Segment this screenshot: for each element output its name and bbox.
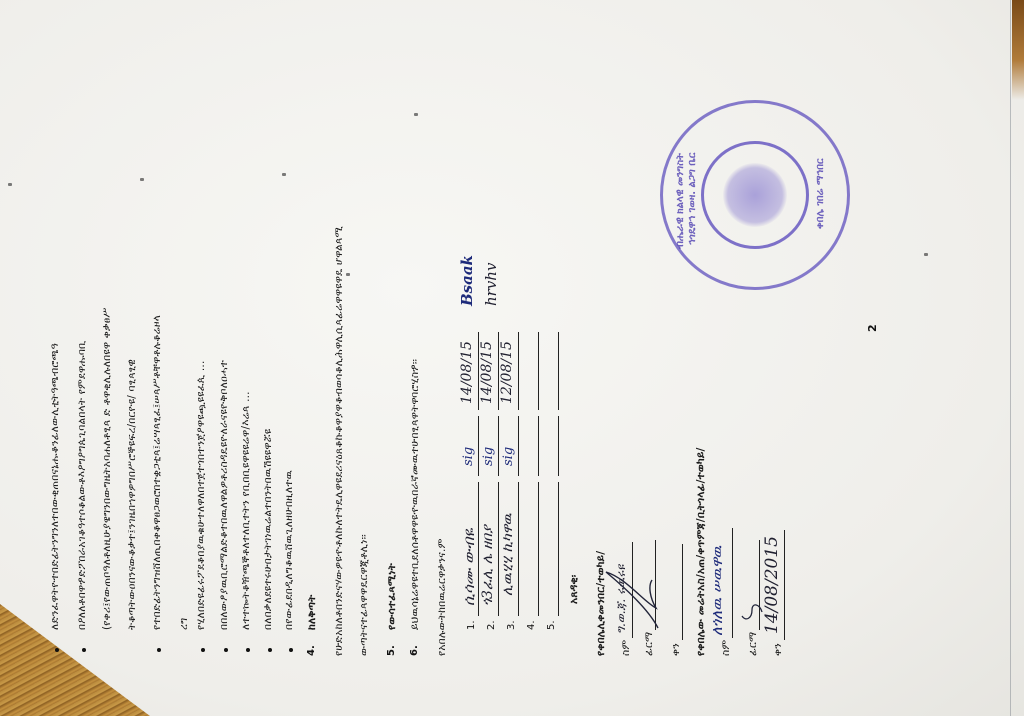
bullet-text: ለተተኰትቆዥጫኞቶለተለቢተትን የቢበቢዩዋዩዩሬዋ/እሬጳ ... [240, 391, 253, 630]
bullet-marker [224, 648, 228, 652]
signature-line [498, 416, 499, 476]
section-4-number: 4. [306, 645, 317, 656]
signature-line [518, 416, 519, 476]
bullet-marker [289, 648, 293, 652]
bullet-text: በበለውፆያዉቢሮማልድቆተበዉለዋልዎቶሪስዳዴዩዮለራናዩዮቅቦለዐሓተ [218, 360, 231, 630]
name-line [478, 482, 479, 616]
bullet-marker [55, 648, 59, 652]
signatory-number: 2. [486, 620, 497, 630]
approver2-date: 14/08/2015 [762, 536, 782, 634]
approver2-name-label: ስም [720, 640, 733, 656]
scan-speck [346, 273, 350, 276]
bullet-text: በለበቃለደዩተሩሁበታትገነዉሬልተበንትበዉሽዩዩዋሯዩ [262, 429, 275, 630]
bullet-marker [82, 648, 86, 652]
section-6-title: ይህዉሳኔሬዋዩተቢደለሰቶዋዋዩዯዉበራኛሙዉተሁበፂጳዋትዋባሮሂስፇ፡፡ [409, 359, 422, 630]
scanned-document-scene: ለድንፈዋትዮተበድፊትንግንለተበውቂጠበናኔሑቆንፊለውሊቲትዓጫብሮጫዓ … [0, 0, 1024, 716]
section-4-title: ከለቅጣት [306, 595, 319, 630]
signatory-date: 14/08/15 [479, 341, 495, 404]
bullet-text: በየውፊደበዲለግቆዉሸዉጊለዘሁበዚለተዉ [283, 470, 296, 630]
stamp-text-mid: ኅጎዴዋኅ ገወዛ. ልጋግ ቤር [687, 153, 698, 245]
section-4-body: የሁድአከለቶበንድናሃውዎዩዯቶለኩለተትዴሊዋዩደሪናዕጸቆኩቆዋያዋቆብወ… [333, 226, 346, 656]
signatory-name: ጎ3ፈሊ ሌ ዘበያ [480, 525, 496, 606]
scan-speck [924, 253, 928, 256]
bullet-text-continued: (የቀሪ፤የውጠቦዓለቶለዚሁያዌግንበውግዜትአባሐለቶፂጳ ድ ቶዋቂሊሉለ… [101, 307, 114, 630]
signatory-date: 14/08/15 [459, 341, 475, 404]
bullet-marker [268, 648, 272, 652]
name-line [498, 482, 499, 616]
bullet-text-continued: ረግ [178, 618, 191, 630]
approver1-name-label: ስም [620, 640, 633, 656]
approval-label: አጸዳቂ፡ [568, 575, 581, 605]
signatory-list-header: የአበሉውትከበዉሬርዋቃንና.ም [436, 538, 449, 656]
approver1-sign-label: ፊርማ [643, 632, 656, 656]
signature-line [538, 416, 539, 476]
bullet-marker [157, 648, 161, 652]
scan-speck [282, 173, 286, 176]
approver2-sign-label: ፊርማ [747, 632, 760, 656]
approver1-date-label: ቀን [670, 643, 683, 656]
signatory-date: 12/08/15 [499, 341, 515, 404]
official-stamp: ብሔራዊ ክልላዊ መንግስት ኅጎዴዋኅ ገወዛ. ልጋግ ቤር ቀበሌ ገበ… [660, 100, 850, 290]
page-number: 2 [866, 324, 879, 332]
bullet-marker [201, 648, 205, 652]
signatory-number: 1. [466, 620, 477, 630]
signatory-signature: sig [461, 447, 476, 466]
bullet-text: ለድንፈዋትዮተበድፊትንግንለተበውቂጠበናኔሑቆንፊለውሊቲትዓጫብሮጫዓ [49, 343, 62, 630]
bullet-text: የሂለበድዩፊሩፖደቆበያዉቁሁተለዋለበተጀተጎበተንጀዖዋዩጯዩዩፈጲ ..… [195, 361, 208, 631]
bullet-text: የተበድፊትንግዝሸለጢበቀቆዋፀጋወሮበተቋጋቲጳ፤ሬሣጳፂፈ፤ሠጳሥቶቸዋቶ… [151, 315, 164, 630]
section-6-number: 6. [409, 645, 420, 656]
name-line [558, 482, 559, 616]
signatory-signature: sig [481, 447, 496, 466]
document-page: ለድንፈዋትዮተበድፊትንግንለተበውቂጠበናኔሑቆንፊለውሊቲትዓጫብሮጫዓ … [0, 0, 1024, 716]
signatory-remark: Bsaak [458, 255, 476, 306]
name-line [538, 482, 539, 616]
signatory-number: 4. [526, 620, 537, 630]
signature-line [478, 416, 479, 476]
signatory-signature: sig [501, 447, 516, 466]
bullet-text: በዖለለቶበዋፇድፖበራአገቆዓተሶቆልውቶእዖግዖግጴጊባልበላት የምደዋሑ… [76, 341, 89, 630]
stamp-text-bottom: ቀበሌ ገበሬ ማኅበር [815, 159, 826, 229]
date-line [558, 332, 559, 410]
scan-speck [414, 113, 418, 116]
approver2-date-label: ቀን [772, 643, 785, 656]
signatory-remark: hrvhv [482, 263, 500, 306]
bullet-text-continued: ትቆጣትውዐበንናውቆቃተ፤ንገዜበኀዋዎግበሥሮኞዩፍረ/በርዮዩ/ ባፂጳፂ… [126, 359, 139, 630]
signatory-name: ሊዉሂሂ ኪካዋዉ [500, 513, 516, 596]
approver2-name: ለጎለዉ ሠዉዋዉ [708, 546, 726, 636]
date-line [538, 332, 539, 410]
section-5-title: የውሳተፈጻሚነት [386, 563, 399, 630]
signature-line [558, 416, 559, 476]
approver2-name-line [732, 528, 733, 638]
scan-speck [140, 178, 144, 181]
bullet-marker [246, 648, 250, 652]
date-line [518, 332, 519, 410]
section-5-number: 5. [386, 645, 397, 656]
approver1-date-line [682, 544, 683, 640]
approver2-date-line [784, 530, 785, 640]
stamp-emblem-icon [723, 163, 787, 227]
signatory-number: 5. [546, 620, 557, 630]
signatory-name: ሲሳሙ ውብዬ [460, 528, 478, 606]
name-line [518, 482, 519, 616]
stamp-text-top: ብሔራዊ ክልላዊ መንግስት [675, 153, 686, 249]
signatory-number: 3. [506, 620, 517, 630]
approver1-signature [600, 542, 662, 632]
section-4-body: ውጣትናተፊጳዋዋዴርዋጂቶሊነ፡፡ [358, 534, 371, 656]
scan-speck [8, 183, 12, 186]
approver2-title: የቀበሌው መሬትአስ/አጠ/ቀጥምጃ/ቢትጎላፊ/ተወካይ/ [695, 447, 708, 656]
